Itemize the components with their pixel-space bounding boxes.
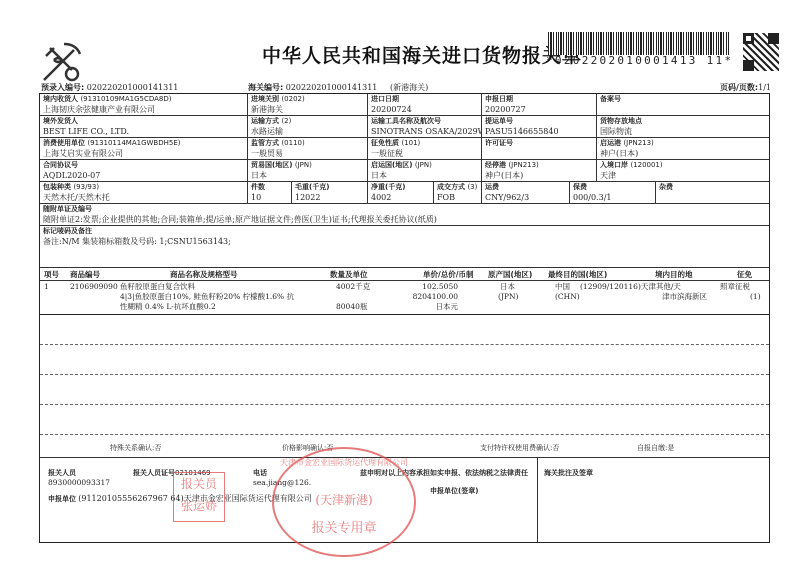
self-report-confirm: 自报自缴:是 <box>637 444 674 454</box>
license-no-cell: 许可证号 <box>482 138 597 160</box>
record-no-cell: 备案号 <box>597 94 769 116</box>
insurance-cell: 保费 000/0.3/1 <box>570 182 656 204</box>
shipper-cell: 境外发货人 BEST LIFE CO., LTD. <box>40 116 248 138</box>
pre-entry-number: 预录入编号: 020220201000141311 <box>41 82 178 93</box>
transport-mode-cell: 运输方式 (2) 水路运输 <box>248 116 368 138</box>
customs-number: 海关编号: 020220201000141311 <box>248 82 377 93</box>
col-origin: 原产国(地区) <box>488 270 532 280</box>
supervision-cell: 监管方式 (0110) 一般贸易 <box>248 138 368 160</box>
col-dest-country: 最终目的国(地区) <box>548 270 607 280</box>
col-levy: 征免 <box>737 270 752 280</box>
col-item-no: 项号 <box>44 270 59 280</box>
col-price: 单价/总价/币制 <box>423 270 473 280</box>
consignee-cell: 境内收货人 (91310109MA1G5CDA8D) 上海韧庆余弦健康产业有限公… <box>40 94 248 116</box>
qr-code-icon <box>743 33 779 71</box>
gross-weight-cell: 毛重(千克) 12022 <box>292 182 368 204</box>
form-title: 中华人民共和国海关进口货物报关单 <box>262 41 582 68</box>
storage-place-cell: 货物存放地点 国际物流 <box>597 116 769 138</box>
deal-mode-cell: 成交方式 (3) FOB <box>434 182 482 204</box>
documents-cell: 随附单证及编号 随附单证2:发票;企业提供的其他;合同;装箱单;提/运单;原产地… <box>40 204 769 226</box>
customs-office: (新港海关) <box>390 82 428 93</box>
declare-date-cell: 申报日期 20200727 <box>482 94 597 116</box>
col-domestic-dest: 境内目的地 <box>655 270 693 280</box>
special-relation-confirm: 特殊关系确认:否 <box>110 444 161 454</box>
departure-port-cell: 启运港 (JPN213) 神户(日本) <box>597 138 769 160</box>
origin-country-cell: 启运国(地区) (JPN) 日本 <box>368 160 482 182</box>
barcode-text: *0202202010001413 11* <box>546 54 733 67</box>
package-type-cell: 包装种类 (93/93) 天然木托/天然木托 <box>40 182 248 204</box>
freight-cell: 运费 CNY/962/3 <box>482 182 570 204</box>
col-qty-unit: 数量及单位 <box>330 270 368 280</box>
net-weight-cell: 净重(千克) 4002 <box>368 182 434 204</box>
levy-nature-cell: 征免性质 (101) 一般征税 <box>368 138 482 160</box>
declarant-stamp: 报关员 张运娇 <box>173 472 225 522</box>
consumer-cell: 消费使用单位 (91310114MA1GWBDH5E) 上海艾启实业有限公司 <box>40 138 248 160</box>
col-hs-code: 商品编号 <box>70 270 100 280</box>
trade-country-cell: 贸易国(地区) (JPN) 日本 <box>248 160 368 182</box>
customs-approval: 海关批注及签章 <box>544 469 593 479</box>
royalty-confirm: 支付特许权使用费确认:否 <box>480 444 559 454</box>
misc-fee-cell: 杂费 <box>656 182 769 204</box>
transit-port-cell: 经停港 (JPN213) 神户(日本) <box>482 160 597 182</box>
company-seal: 天津市金宏亚国际货运代理有限公司 (天津新港) 报关专用章 <box>272 447 416 557</box>
declarant-number: 8930000093317 <box>48 478 110 488</box>
marks-cell: 标记唛码及备注 备注:N/M 集装箱标箱数及号码: 1;CSNU1563143; <box>40 226 769 268</box>
barcode <box>548 32 730 55</box>
contract-no-cell: 合同协议号 AQDL2020-07 <box>40 160 248 182</box>
entry-customs-cell: 进境关别 (0202) 新港海关 <box>248 94 368 116</box>
bill-no-cell: 提运单号 PASU5146655840 <box>482 116 597 138</box>
customs-emblem-icon <box>40 38 86 84</box>
declaring-unit-sign: 申报单位(签章) <box>430 487 478 497</box>
col-name-spec: 商品名称及规格型号 <box>170 270 238 280</box>
pieces-cell: 件数 10 <box>248 182 292 204</box>
import-date-cell: 进口日期 20200724 <box>368 94 482 116</box>
transport-name-cell: 运输工具名称及航次号 SINOTRANS OSAKA/2029W <box>368 116 482 138</box>
page-count: 页码/页数:1/1 <box>720 82 771 93</box>
entry-port-cell: 入境口岸 (120001) 天津 <box>597 160 769 182</box>
